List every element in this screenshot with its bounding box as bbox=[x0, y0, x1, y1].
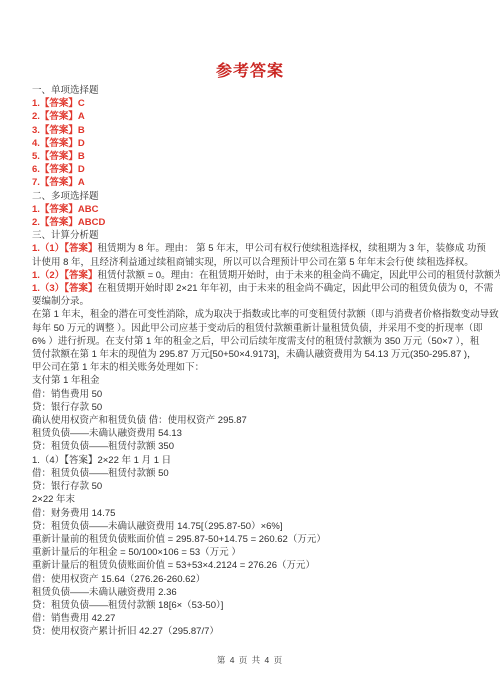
text-segment: 借：销售费用 42.27 bbox=[32, 613, 115, 624]
text-line: 借：销售费用 42.27 bbox=[32, 612, 474, 625]
text-line: 1.（2）【答案】租赁付款额 = 0。理由：在租赁期开始时，由于未来的租金尚不确… bbox=[32, 269, 474, 282]
page-footer: 第 4 页 共 4 页 bbox=[0, 654, 500, 666]
text-line: 确认使用权资产和租赁负债 借：使用权资产 295.87 bbox=[32, 414, 474, 427]
text-line: 7.【答案】A bbox=[32, 176, 474, 189]
answer-label: 6.【答案】D bbox=[32, 164, 85, 175]
text-segment: 确认使用权资产和租赁负债 借：使用权资产 295.87 bbox=[32, 415, 247, 426]
text-segment: 借：使用权资产 15.64（276.26-260.62） bbox=[32, 574, 205, 585]
text-segment: 贷：银行存款 50 bbox=[32, 481, 102, 492]
text-line: 借：销售费用 50 bbox=[32, 388, 474, 401]
answer-label: 7.【答案】A bbox=[32, 177, 85, 188]
text-segment: 计使用 8 年，且经济利益通过续租商铺实现，所以可以合理预计甲公司在第 5 年年… bbox=[32, 257, 474, 268]
text-segment: 要编制分录。 bbox=[32, 296, 89, 307]
text-line: 4.【答案】D bbox=[32, 137, 474, 150]
text-segment: 租赁负债——未确认融资费用 2.36 bbox=[32, 587, 177, 598]
text-line: 3.【答案】B bbox=[32, 124, 474, 137]
answer-label: 5.【答案】B bbox=[32, 151, 85, 162]
answer-label: 1.（2）【答案】 bbox=[32, 270, 97, 281]
text-line: 重新计量后的租赁负债账面价值 = 53+53×4.2124 = 276.26（万… bbox=[32, 559, 474, 572]
text-segment: 重新计量后的年租金 = 50/100×106 = 53（万元 ） bbox=[32, 547, 241, 558]
text-line: 1.【答案】C bbox=[32, 97, 474, 110]
text-line: 贷：租赁负债——租赁付款额 350 bbox=[32, 440, 474, 453]
text-line: 1.（3）【答案】在租赁期开始时即 2×21 年年初，由于未来的租金尚不确定，因… bbox=[32, 282, 474, 295]
text-line: 二、多项选择题 bbox=[32, 190, 474, 203]
text-segment: 一、单项选择题 bbox=[32, 85, 99, 96]
text-line: 支付第 1 年租金 bbox=[32, 374, 474, 387]
text-line: 2.【答案】ABCD bbox=[32, 216, 474, 229]
text-line: 重新计量前的租赁负债账面价值 = 295.87-50+14.75 = 260.6… bbox=[32, 533, 474, 546]
text-segment: 在第 1 年末，租金的潜在可变性消除，成为取决于指数或比率的可变租赁付款额（即与… bbox=[32, 309, 499, 320]
text-line: 重新计量后的年租金 = 50/100×106 = 53（万元 ） bbox=[32, 546, 474, 559]
answer-label: 2.【答案】ABCD bbox=[32, 217, 105, 228]
text-segment: 借：租赁负债——租赁付款额 50 bbox=[32, 468, 169, 479]
text-segment: 重新计量后的租赁负债账面价值 = 53+53×4.2124 = 276.26（万… bbox=[32, 560, 315, 571]
text-line: 贷：使用权资产累计折旧 42.27（295.87/7） bbox=[32, 625, 474, 638]
text-segment: 每年 50 万元的调整 ）。因此甲公司应基于变动后的租赁付款额重新计量租赁负债，… bbox=[32, 323, 483, 334]
text-line: 2×22 年末 bbox=[32, 493, 474, 506]
text-line: 6.【答案】D bbox=[32, 163, 474, 176]
text-segment: 6% ）进行折现。在支付第 1 年的租金之后，甲公司后续年度需支付的租赁付款额为… bbox=[32, 336, 479, 347]
text-line: 租赁负债——未确认融资费用 2.36 bbox=[32, 586, 474, 599]
text-segment: 贷：使用权资产累计折旧 42.27（295.87/7） bbox=[32, 626, 219, 637]
text-line: 甲公司在第 1 年末的相关账务处理如下： bbox=[32, 361, 474, 374]
text-segment: 贷：租赁负债——租赁付款额 350 bbox=[32, 441, 174, 452]
answer-label: 1.【答案】C bbox=[32, 98, 85, 109]
answer-label: 1.（3）【答案】 bbox=[32, 283, 97, 294]
text-segment: 赁付款额在第 1 年末的现值为 295.87 万元[50+50×4.9173]，… bbox=[32, 349, 477, 360]
answer-label: 1.【答案】ABC bbox=[32, 204, 99, 215]
text-segment: 三、计算分析题 bbox=[32, 230, 99, 241]
document-title: 参考答案 bbox=[0, 58, 500, 81]
text-segment: 支付第 1 年租金 bbox=[32, 375, 100, 386]
text-line: 租赁负债——未确认融资费用 54.13 bbox=[32, 427, 474, 440]
text-line: 2.【答案】A bbox=[32, 110, 474, 123]
text-segment: 在租赁期开始时即 2×21 年年初，由于未来的租金尚不确定，因此甲公司的租赁负债… bbox=[97, 283, 493, 294]
text-line: 要编制分录。 bbox=[32, 295, 474, 308]
text-segment: 贷：租赁负债——租赁付款额 18[6×（53-50）] bbox=[32, 600, 223, 611]
content: 一、单项选择题1.【答案】C2.【答案】A3.【答案】B4.【答案】D5.【答案… bbox=[32, 84, 474, 639]
text-line: 5.【答案】B bbox=[32, 150, 474, 163]
text-segment: 租赁付款额 = 0。理由：在租赁期开始时，由于未来的租金尚不确定，因此甲公司的租… bbox=[97, 270, 500, 281]
text-line: 借：财务费用 14.75 bbox=[32, 507, 474, 520]
text-line: 每年 50 万元的调整 ）。因此甲公司应基于变动后的租赁付款额重新计量租赁负债，… bbox=[32, 322, 474, 335]
text-segment: 贷：租赁负债——未确认融资费用 14.75[（295.87-50）×6%] bbox=[32, 521, 283, 532]
text-line: 贷：银行存款 50 bbox=[32, 401, 474, 414]
text-segment: 租赁期为 8 年。理由： 第 5 年末，甲公司有权行使续租选择权，续租期为 3 … bbox=[97, 243, 485, 254]
text-line: 1.（1）【答案】租赁期为 8 年。理由： 第 5 年末，甲公司有权行使续租选择… bbox=[32, 242, 474, 255]
answer-label: 4.【答案】D bbox=[32, 138, 85, 149]
text-segment: 贷：银行存款 50 bbox=[32, 402, 102, 413]
text-line: 贷：租赁负债——未确认融资费用 14.75[（295.87-50）×6%] bbox=[32, 520, 474, 533]
text-line: 贷：银行存款 50 bbox=[32, 480, 474, 493]
text-segment: 二、多项选择题 bbox=[32, 191, 99, 202]
text-segment: 借：财务费用 14.75 bbox=[32, 508, 115, 519]
text-line: 赁付款额在第 1 年末的现值为 295.87 万元[50+50×4.9173]，… bbox=[32, 348, 474, 361]
text-line: 1.（4）【答案】2×22 年 1 月 1 日 bbox=[32, 454, 474, 467]
answer-label: 2.【答案】A bbox=[32, 111, 85, 122]
answer-label: 3.【答案】B bbox=[32, 125, 85, 136]
text-segment: 借：销售费用 50 bbox=[32, 389, 102, 400]
text-segment: 重新计量前的租赁负债账面价值 = 295.87-50+14.75 = 260.6… bbox=[32, 534, 326, 545]
text-line: 6% ）进行折现。在支付第 1 年的租金之后，甲公司后续年度需支付的租赁付款额为… bbox=[32, 335, 474, 348]
text-segment: 甲公司在第 1 年末的相关账务处理如下： bbox=[32, 362, 204, 373]
text-segment: 2×22 年末 bbox=[32, 494, 75, 505]
text-line: 贷：租赁负债——租赁付款额 18[6×（53-50）] bbox=[32, 599, 474, 612]
text-line: 在第 1 年末，租金的潜在可变性消除，成为取决于指数或比率的可变租赁付款额（即与… bbox=[32, 308, 474, 321]
text-line: 三、计算分析题 bbox=[32, 229, 474, 242]
text-line: 借：租赁负债——租赁付款额 50 bbox=[32, 467, 474, 480]
document-page: 参考答案 一、单项选择题1.【答案】C2.【答案】A3.【答案】B4.【答案】D… bbox=[0, 0, 500, 700]
text-line: 计使用 8 年，且经济利益通过续租商铺实现，所以可以合理预计甲公司在第 5 年年… bbox=[32, 256, 474, 269]
answer-label: 1.（1）【答案】 bbox=[32, 243, 97, 254]
text-line: 一、单项选择题 bbox=[32, 84, 474, 97]
text-line: 借：使用权资产 15.64（276.26-260.62） bbox=[32, 573, 474, 586]
text-segment: 租赁负债——未确认融资费用 54.13 bbox=[32, 428, 182, 439]
text-line: 1.【答案】ABC bbox=[32, 203, 474, 216]
text-segment: 1.（4）【答案】2×22 年 1 月 1 日 bbox=[32, 455, 171, 466]
